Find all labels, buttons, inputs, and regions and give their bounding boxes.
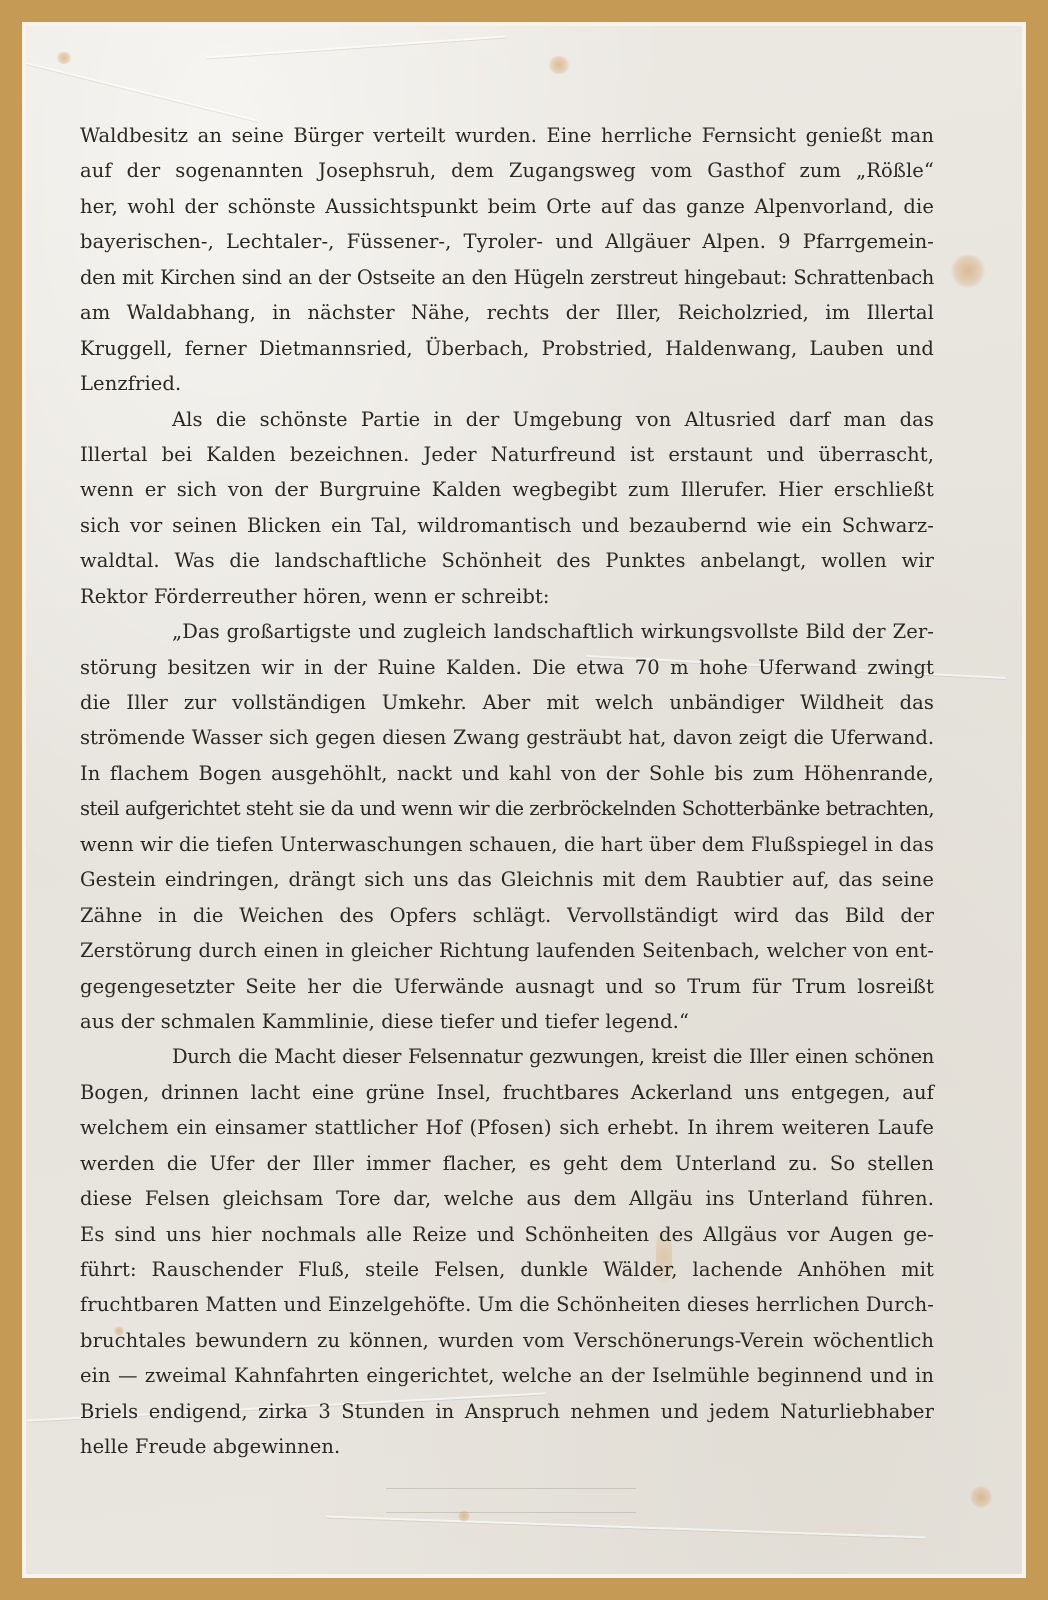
text-line: wenn er sich von der Burgruine Kalden we… <box>80 472 934 507</box>
text-line: Gestein eindringen, drängt sich uns das … <box>80 862 934 897</box>
paper-crease <box>26 62 259 122</box>
text-line: störung besitzen wir in der Ruine Kalden… <box>80 650 934 685</box>
paragraph-quote: „Das großartigste und zugleich landschaf… <box>80 614 934 1039</box>
text-line: Kruggell, ferner Dietmannsried, Überbach… <box>80 331 934 366</box>
text-line: werden die Ufer der Iller immer flacher,… <box>80 1146 934 1181</box>
text-line: wenn wir die tiefen Unterwaschungen scha… <box>80 827 934 862</box>
foxing-stain <box>56 52 72 64</box>
text-line: sich vor seinen Blicken ein Tal, wildrom… <box>80 508 934 543</box>
text-line: Bogen, drinnen lacht eine grüne Insel, f… <box>80 1075 934 1110</box>
text-line: bruchtales bewundern zu können, wurden v… <box>80 1323 934 1358</box>
text-line: den mit Kirchen sind an der Ostseite an … <box>80 260 934 295</box>
text-line: her, wohl der schönste Aussichtspunkt be… <box>80 189 934 224</box>
text-line: welchem ein einsamer stattlicher Hof (Pf… <box>80 1110 934 1145</box>
text-line: ein — zweimal Kahnfahrten eingerichtet, … <box>80 1358 934 1393</box>
text-line: Als die schönste Partie in der Umgebung … <box>80 402 934 437</box>
text-line: „Das großartigste und zugleich landschaf… <box>80 614 934 649</box>
text-line: führt: Rauschender Fluß, steile Felsen, … <box>80 1252 934 1287</box>
paragraph-1: Waldbesitz an seine Bürger verteilt wurd… <box>80 118 934 402</box>
scanned-page: Waldbesitz an seine Bürger verteilt wurd… <box>26 26 1022 1574</box>
text-line: die Iller zur vollständigen Umkehr. Aber… <box>80 685 934 720</box>
foxing-stain <box>951 254 985 288</box>
paragraph-4: Durch die Macht dieser Felsennatur gezwu… <box>80 1039 934 1464</box>
text-line: fruchtbaren Matten und Einzelgehöfte. Um… <box>80 1287 934 1322</box>
text-line: bayerischen-, Lechtaler-, Füssener-, Tyr… <box>80 224 934 259</box>
body-text: Waldbesitz an seine Bürger verteilt wurd… <box>80 118 934 1465</box>
text-line: am Waldabhang, in nächster Nähe, rechts … <box>80 295 934 330</box>
paragraph-2: Als die schönste Partie in der Umgebung … <box>80 402 934 615</box>
bleed-through-rule <box>386 1512 636 1513</box>
text-line: Zerstörung durch einen in gleicher Richt… <box>80 933 934 968</box>
text-line: Durch die Macht dieser Felsennatur gezwu… <box>80 1039 934 1074</box>
paper-crease <box>206 36 505 59</box>
bleed-through-rule <box>386 1488 636 1489</box>
text-line: helle Freude abgewinnen. <box>80 1429 934 1464</box>
text-line: auf der sogenannten Josephsruh, dem Zuga… <box>80 153 934 188</box>
text-line: waldtal. Was die landschaftliche Schönhe… <box>80 543 934 578</box>
text-line: aus der schmalen Kammlinie, diese tiefer… <box>80 1004 934 1039</box>
text-line: Es sind uns hier nochmals alle Reize und… <box>80 1217 934 1252</box>
text-line: gegengesetzter Seite her die Uferwände a… <box>80 969 934 1004</box>
text-line: Waldbesitz an seine Bürger verteilt wurd… <box>80 118 934 153</box>
text-line: Briels endigend, zirka 3 Stunden in Ansp… <box>80 1394 934 1429</box>
text-line: Lenzfried. <box>80 366 934 401</box>
text-line: diese Felsen gleichsam Tore dar, welche … <box>80 1181 934 1216</box>
text-line: steil aufgerichtet steht sie da und wenn… <box>80 791 934 826</box>
text-line: strömende Wasser sich gegen diesen Zwang… <box>80 720 934 755</box>
text-line: Zähne in die Weichen des Opfers schlägt.… <box>80 898 934 933</box>
foxing-stain <box>548 56 570 74</box>
paper-crease <box>326 1516 926 1539</box>
text-line: In flachem Bogen ausgehöhlt, nackt und k… <box>80 756 934 791</box>
foxing-stain <box>970 1486 992 1508</box>
text-line: Rektor Förderreuther hören, wenn er schr… <box>80 579 934 614</box>
text-line: Illertal bei Kalden bezeichnen. Jeder Na… <box>80 437 934 472</box>
